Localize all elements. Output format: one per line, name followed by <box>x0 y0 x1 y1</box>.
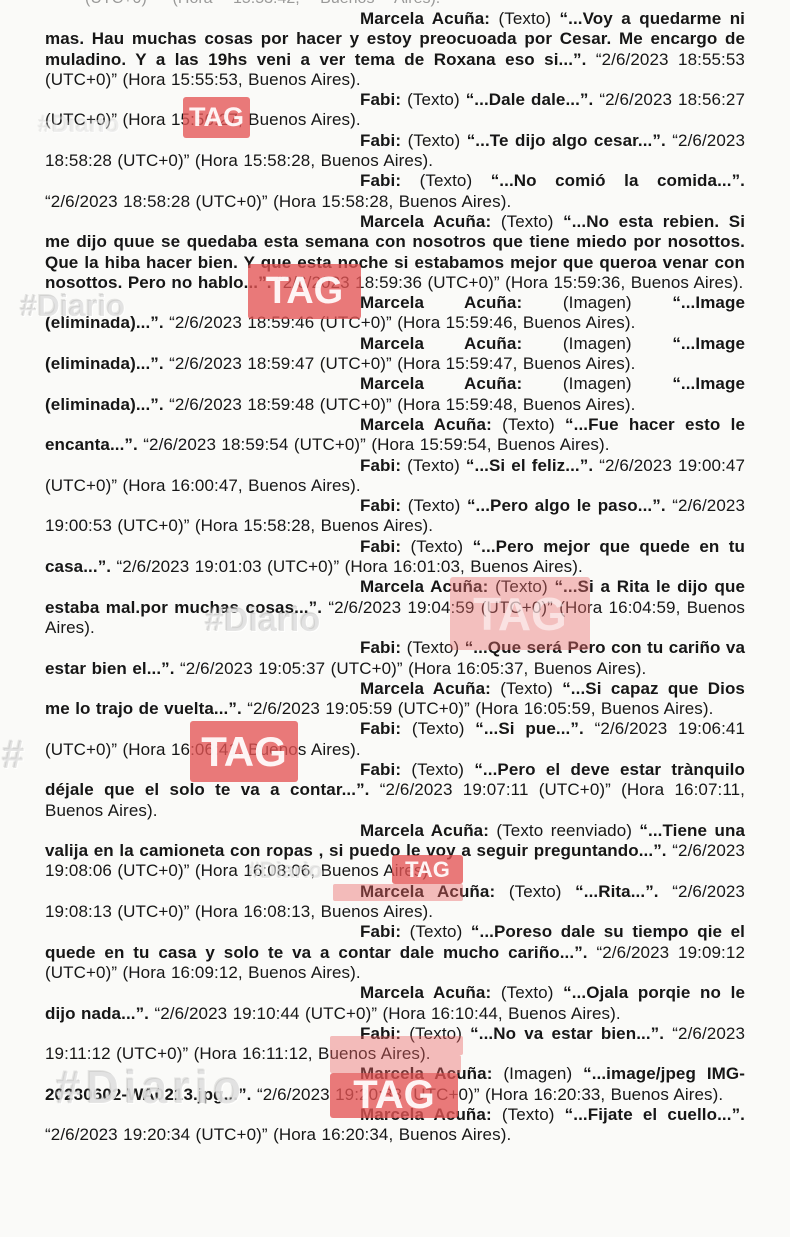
speaker-name: Fabi: <box>360 131 408 150</box>
message-timestamp: “2/6/2023 18:59:47 (UTC+0)” (Hora 15:59:… <box>169 354 635 373</box>
message-entry: Marcela Acuña: (Texto) “...Voy a quedarm… <box>45 9 745 90</box>
message-type: (Texto) <box>407 638 465 657</box>
message-entry: Fabi: (Texto) “...No va estar bien...”. … <box>45 1024 745 1065</box>
message-quote: “...No comió la comida...”. <box>491 171 745 190</box>
message-entry: Marcela Acuña: (Imagen) “...Image (elimi… <box>45 374 745 415</box>
message-quote: “...Te dijo algo cesar...”. <box>467 131 673 150</box>
message-entry: Marcela Acuña: (Imagen) “...image/jpeg I… <box>45 1064 745 1105</box>
speaker-name: Marcela Acuña: <box>360 293 563 312</box>
message-type: (Texto) <box>501 983 563 1002</box>
speaker-name: Marcela Acuña: <box>360 882 509 901</box>
message-type: (Texto) <box>410 922 471 941</box>
speaker-name: Fabi: <box>360 1024 409 1043</box>
message-entry: Marcela Acuña: (Texto) “...Ojala porqie … <box>45 983 745 1024</box>
transcript-text-block: (UTC+0)” (Hora 15:53:42, Buenos Aires). … <box>0 0 790 1146</box>
message-entry: Marcela Acuña: (Imagen) “...Image (elimi… <box>45 334 745 375</box>
message-type: (Texto) <box>411 537 473 556</box>
speaker-name: Marcela Acuña: <box>360 374 563 393</box>
speaker-name: Marcela Acuña: <box>360 983 501 1002</box>
speaker-name: Fabi: <box>360 922 410 941</box>
message-timestamp: “2/6/2023 19:05:59 (UTC+0)” (Hora 16:05:… <box>247 699 713 718</box>
message-type: (Imagen) <box>503 1064 583 1083</box>
message-type: (Texto) <box>407 90 466 109</box>
message-type: (Texto) <box>420 171 491 190</box>
message-type: (Texto) <box>407 456 466 475</box>
message-timestamp: “2/6/2023 19:10:44 (UTC+0)” (Hora 16:10:… <box>154 1004 620 1023</box>
speaker-name: Fabi: <box>360 638 407 657</box>
message-type: (Texto) <box>509 882 575 901</box>
message-entry: Fabi: (Texto) “...Pero mejor que quede e… <box>45 537 745 578</box>
message-entry: Marcela Acuña: (Texto) “...Si a Rita le … <box>45 577 745 638</box>
message-entry: Fabi: (Texto) “...Poreso dale su tiempo … <box>45 922 745 983</box>
message-type: (Texto) <box>408 131 467 150</box>
speaker-name: Fabi: <box>360 90 407 109</box>
message-quote: “...Fijate el cuello...”. <box>565 1105 745 1124</box>
message-type: (Texto) <box>411 760 474 779</box>
message-entry: Marcela Acuña: (Texto) “...Fijate el cue… <box>45 1105 745 1146</box>
message-timestamp: “2/6/2023 19:05:37 (UTC+0)” (Hora 16:05:… <box>180 659 646 678</box>
speaker-name: Fabi: <box>360 537 411 556</box>
message-entry: Fabi: (Texto) “...Pero algo le paso...”.… <box>45 496 745 537</box>
speaker-name: Marcela Acuña: <box>360 577 495 596</box>
message-type: (Texto) <box>498 9 559 28</box>
message-quote: “...Si el feliz...”. <box>466 456 599 475</box>
speaker-name: Marcela Acuña: <box>360 415 502 434</box>
message-quote: “...Dale dale...”. <box>466 90 600 109</box>
message-entry: Marcela Acuña: (Imagen) “...Image (elimi… <box>45 293 745 334</box>
message-type: (Texto) <box>500 679 562 698</box>
message-entry: Fabi: (Texto) “...No comió la comida...”… <box>45 171 745 212</box>
message-type: (Texto) <box>412 719 475 738</box>
message-quote: “...Rita...”. <box>575 882 672 901</box>
message-quote: “...Pero algo le paso...”. <box>467 496 672 515</box>
message-timestamp: “2/6/2023 19:20:33 (UTC+0)” (Hora 16:20:… <box>257 1085 723 1104</box>
message-entry: Fabi: (Texto) “...Si el feliz...”. “2/6/… <box>45 456 745 497</box>
message-type: (Texto) <box>495 577 554 596</box>
speaker-name: Marcela Acuña: <box>360 9 498 28</box>
message-entry: Fabi: (Texto) “...Si pue...”. “2/6/2023 … <box>45 719 745 760</box>
message-quote: “...No va estar bien...”. <box>470 1024 672 1043</box>
message-entry: Marcela Acuña: (Texto) “...No esta rebie… <box>45 212 745 293</box>
message-entry: Marcela Acuña: (Texto) “...Rita...”. “2/… <box>45 882 745 923</box>
message-type: (Texto) <box>502 1105 565 1124</box>
message-timestamp: “2/6/2023 18:59:48 (UTC+0)” (Hora 15:59:… <box>169 395 635 414</box>
message-entry: Marcela Acuña: (Texto) “...Fue hacer est… <box>45 415 745 456</box>
message-quote: “...Si pue...”. <box>475 719 594 738</box>
message-type: (Texto) <box>408 496 467 515</box>
message-entry: Fabi: (Texto) “...Dale dale...”. “2/6/20… <box>45 90 745 131</box>
message-type: (Texto reenviado) <box>496 821 639 840</box>
speaker-name: Fabi: <box>360 719 412 738</box>
speaker-name: Marcela Acuña: <box>360 1105 502 1124</box>
speaker-name: Marcela Acuña: <box>360 212 501 231</box>
message-type: (Texto) <box>502 415 565 434</box>
message-timestamp: “2/6/2023 18:58:28 (UTC+0)” (Hora 15:58:… <box>45 192 511 211</box>
message-type: (Imagen) <box>563 374 672 393</box>
message-timestamp: “2/6/2023 19:20:34 (UTC+0)” (Hora 16:20:… <box>45 1125 511 1144</box>
speaker-name: Marcela Acuña: <box>360 821 496 840</box>
message-type: (Imagen) <box>563 293 672 312</box>
message-entry: Fabi: (Texto) “...Pero el deve estar trà… <box>45 760 745 821</box>
speaker-name: Marcela Acuña: <box>360 334 563 353</box>
speaker-name: Fabi: <box>360 171 420 190</box>
speaker-name: Marcela Acuña: <box>360 679 500 698</box>
message-type: (Texto) <box>501 212 563 231</box>
scanned-transcript-page: { "document": { "kind": "chat-transcript… <box>0 0 790 1237</box>
message-entry: Fabi: (Texto) “...Que será Pero con tu c… <box>45 638 745 679</box>
message-entry: Marcela Acuña: (Texto) “...Si capaz que … <box>45 679 745 720</box>
speaker-name: Fabi: <box>360 496 408 515</box>
message-timestamp: “2/6/2023 18:59:36 (UTC+0)” (Hora 15:59:… <box>277 273 743 292</box>
message-entry: Marcela Acuña: (Texto reenviado) “...Tie… <box>45 821 745 882</box>
speaker-name: Fabi: <box>360 456 407 475</box>
message-type: (Imagen) <box>563 334 672 353</box>
message-timestamp: “2/6/2023 19:01:03 (UTC+0)” (Hora 16:01:… <box>117 557 583 576</box>
message-timestamp: “2/6/2023 18:59:46 (UTC+0)” (Hora 15:59:… <box>169 313 635 332</box>
clipped-top-line: (UTC+0)” (Hora 15:53:42, Buenos Aires). <box>45 0 745 9</box>
message-type: (Texto) <box>409 1024 470 1043</box>
speaker-name: Fabi: <box>360 760 411 779</box>
message-entry: Fabi: (Texto) “...Te dijo algo cesar...”… <box>45 131 745 172</box>
message-timestamp: “2/6/2023 18:59:54 (UTC+0)” (Hora 15:59:… <box>143 435 609 454</box>
speaker-name: Marcela Acuña: <box>360 1064 503 1083</box>
